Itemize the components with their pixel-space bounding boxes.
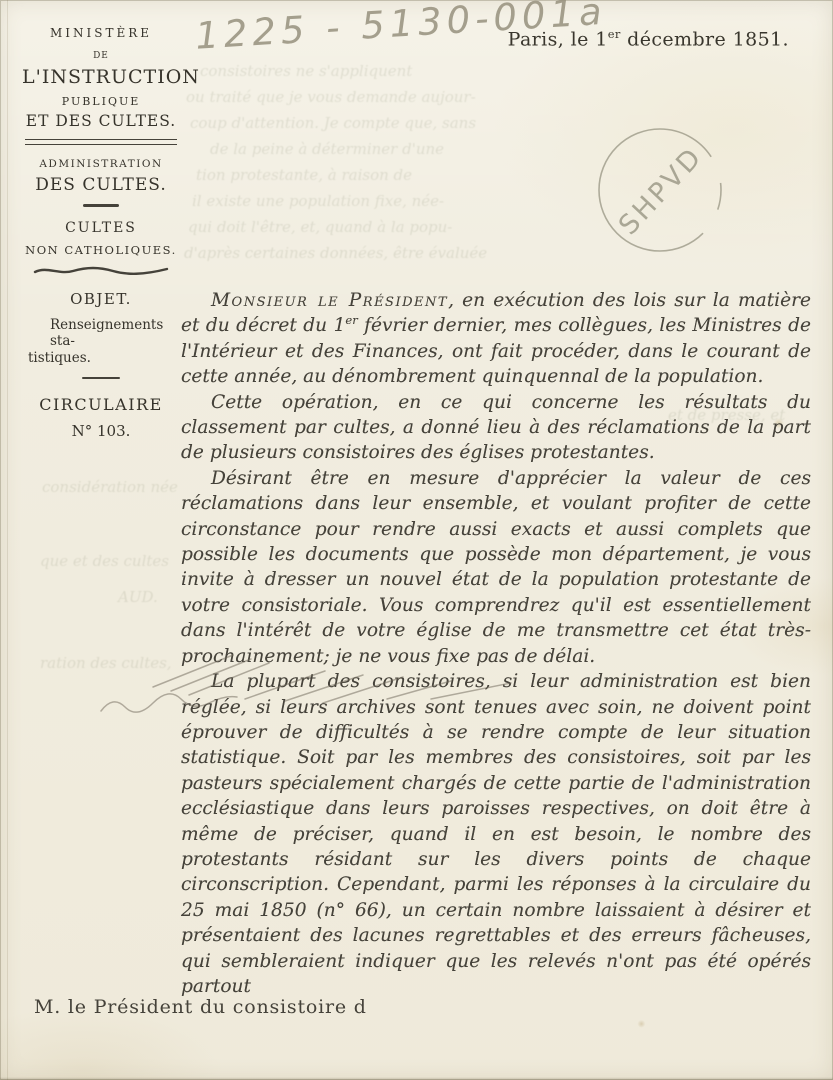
bleedthrough-fragment: coup d'attention. Je compte que, sans [190,114,476,132]
letterhead-des-cultes: DES CULTES. [22,175,180,195]
stamp-text: SHPVD [613,141,709,241]
wavy-rule-divider [33,265,169,277]
bleedthrough-fragment: AUD. [118,588,158,606]
letterhead-non-catholiques: NON CATHOLIQUES. [22,243,180,257]
letterhead-administration: ADMINISTRATION [22,158,180,170]
letterhead-instruction: L'INSTRUCTION [22,66,180,88]
objet-subject-line2: tistiques. [22,350,180,366]
bleedthrough-fragment: qui doit l'être, et, quand à la popu- [188,218,452,236]
objet-label: OBJET. [22,290,180,308]
letterhead-et-des-cultes: ET DES CULTES. [22,112,180,130]
paragraph-1: Monsieur le Président, en exécution des … [181,288,811,390]
salutation: Monsieur le Président [211,290,448,311]
circulaire-label: CIRCULAIRE [22,395,180,414]
bleedthrough-fragment: de la peine à déterminer d'une [210,140,444,158]
dateline-post: décembre 1851. [621,28,789,50]
bleedthrough-fragment: il existe une population fixe, née- [192,192,444,210]
paragraph-1-superscript: er [345,313,357,327]
footer-addressee: M. le Président du consistoire d [34,996,367,1018]
paragraph-3: Désirant être en mesure d'apprécier la v… [181,466,811,669]
dateline: Paris, le 1er décembre 1851. [508,27,789,50]
circular-stamp-icon: SHPVD [586,120,736,265]
document-page: consistoires ne s'appliquentou traité qu… [0,0,833,1080]
double-rule-divider [25,139,177,145]
paragraph-2: Cette opération, en ce qui concerne les … [181,390,811,466]
bleedthrough-fragment: tion protestante, à raison de [196,166,412,184]
letterhead-de: DE [22,51,180,61]
bleedthrough-fragment: considération née [42,478,178,496]
objet-rule-divider [82,377,120,379]
letterhead-cultes: CULTES [22,220,180,236]
dateline-superscript: er [608,27,621,41]
objet-subject-line1: Renseignements sta- [22,317,180,349]
bleedthrough-fragment: que et des cultes [40,552,169,570]
bleedthrough-fragment: ou traité que je vous demande aujour- [186,88,476,106]
objet-block: OBJET. Renseignements sta- tistiques. CI… [22,290,180,440]
short-rule-divider [83,204,119,207]
bleedthrough-fragment: d'après certaines données, être évaluée [184,244,487,262]
letterhead: MINISTÈRE DE L'INSTRUCTION PUBLIQUE ET D… [22,26,180,277]
dateline-pre: Paris, le 1 [508,28,608,50]
pencil-scribble [95,645,575,725]
letterhead-publique: PUBLIQUE [22,95,180,108]
bleedthrough-fragment: consistoires ne s'appliquent [200,62,412,80]
letter-body: Monsieur le Président, en exécution des … [181,288,811,999]
letterhead-ministere: MINISTÈRE [22,26,180,40]
circulaire-number: N° 103. [22,422,180,440]
